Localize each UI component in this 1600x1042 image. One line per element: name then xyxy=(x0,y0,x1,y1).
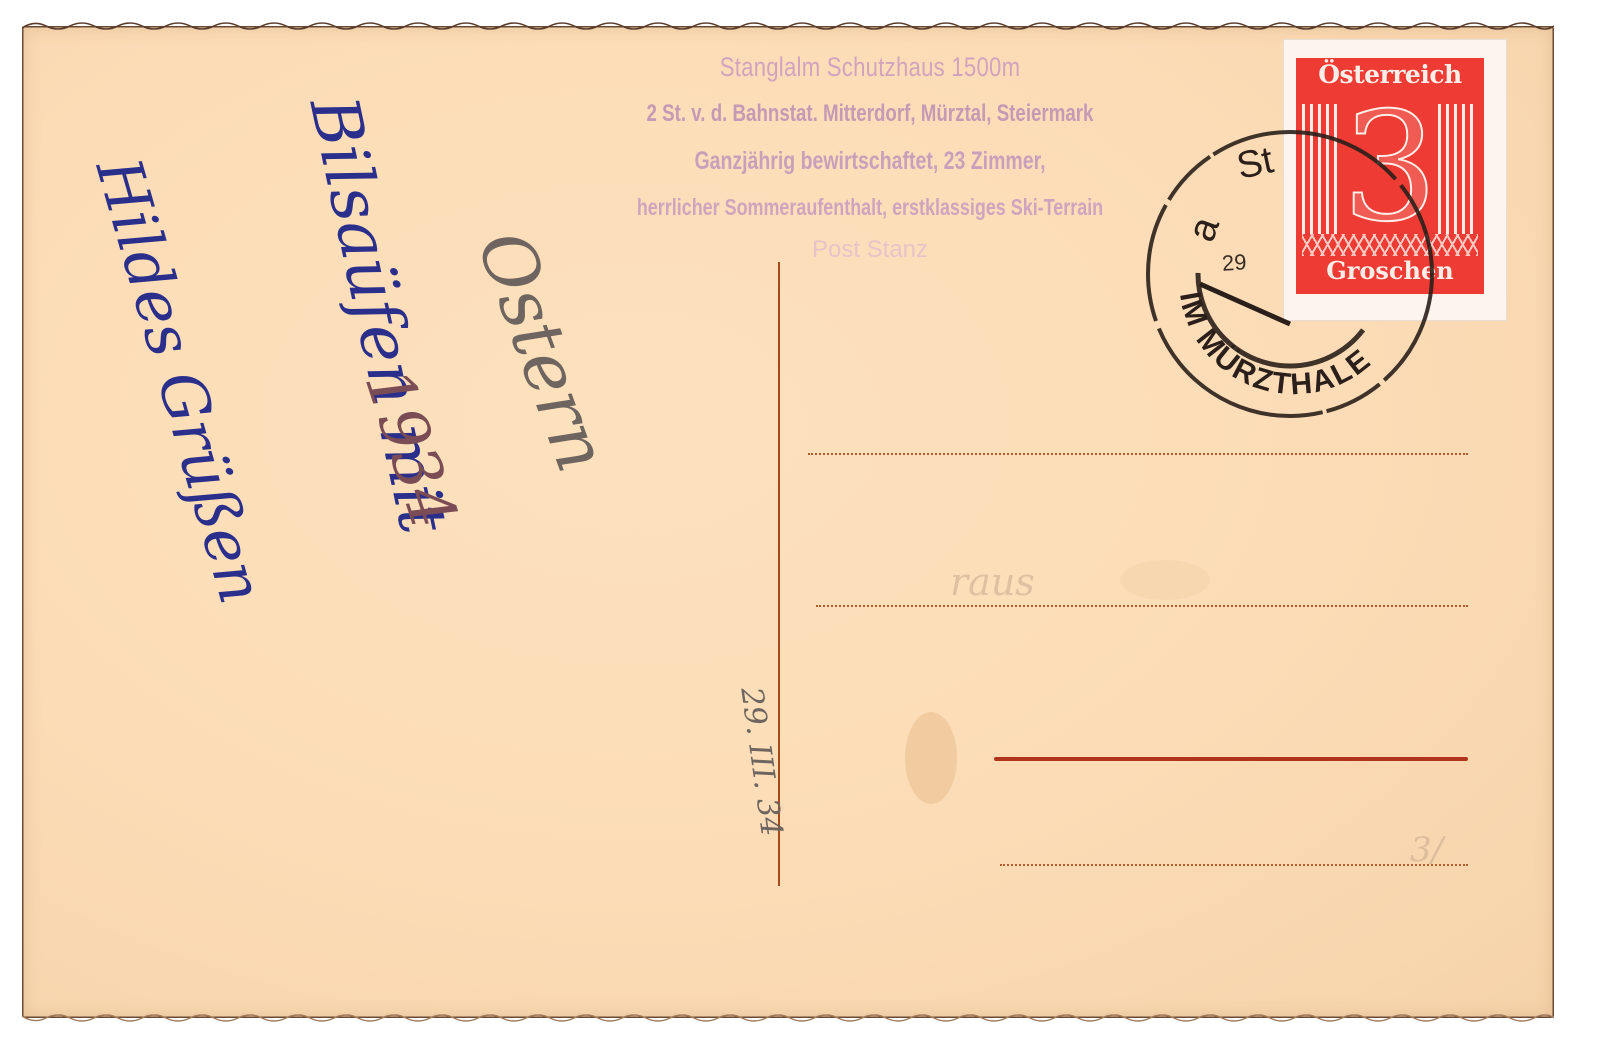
address-line-3 xyxy=(994,757,1468,761)
address-line-2 xyxy=(816,605,1468,607)
stamp-value: 3 xyxy=(1336,88,1444,248)
stamp-ornament xyxy=(1302,234,1478,256)
printed-header: Stanglalm Schutzhaus 1500m 2 St. v. d. B… xyxy=(540,44,1200,270)
header-features: herrlicher Sommeraufenthalt, erstklassig… xyxy=(613,184,1128,230)
faint-pencil-trace: raus xyxy=(950,560,1035,604)
postage-stamp: Österreich 3 3 Groschen xyxy=(1284,40,1506,320)
header-info: Ganzjährig bewirtschaftet, 23 Zimmer, xyxy=(613,138,1128,184)
postmark-date: 29 xyxy=(1221,249,1247,277)
header-location: 2 St. v. d. Bahnstat. Mitterdorf, Mürzta… xyxy=(613,90,1128,138)
address-line-4 xyxy=(1000,864,1468,866)
faint-pencil-trace: 3/ xyxy=(1410,830,1443,870)
stain xyxy=(905,712,957,804)
stain xyxy=(1120,560,1210,600)
stamp-denomination: Groschen xyxy=(1296,256,1484,285)
header-post: Post Stanz xyxy=(540,230,1200,270)
header-title: Stanglalm Schutzhaus 1500m xyxy=(599,44,1140,90)
stamp-bars-right xyxy=(1438,104,1478,234)
address-line-1 xyxy=(808,453,1468,455)
